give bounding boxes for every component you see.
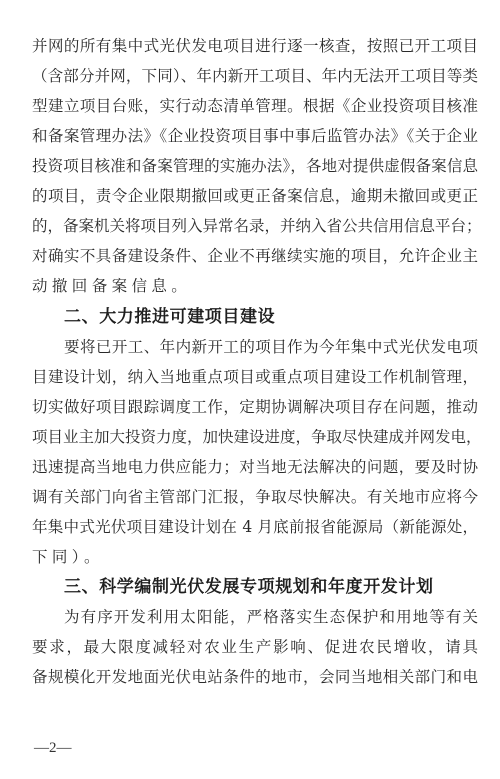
section-heading: 三、科学编制光伏发展专项规划和年度开发计划 xyxy=(64,572,434,602)
paragraph-line: 的项目，责令企业限期撤回或更正备案信息，逾期未撤回或更正 xyxy=(32,181,478,211)
paragraph-line: 型建立项目台账，实行动态清单管理。根据《企业投资项目核准 xyxy=(32,91,478,121)
paragraph-line: 年集中式光伏项目建设计划在 4 月底前报省能源局（新能源处， xyxy=(32,512,478,542)
paragraph-line: 并网的所有集中式光伏发电项目进行逐一核查，按照已开工项目 xyxy=(32,31,478,61)
paragraph-line: 和备案管理办法》《企业投资项目事中事后监管办法》《关于企业 xyxy=(32,121,478,151)
paragraph-line: 动撤回备案信息。 xyxy=(32,271,478,301)
paragraph-line: 迅速提高当地电力供应能力；对当地无法解决的问题，要及时协 xyxy=(32,452,478,482)
paragraph-line: 要求，最大限度减轻对农业生产影响、促进农民增收，请具 xyxy=(32,632,478,662)
paragraph-line: 的，备案机关将项目列入异常名录，并纳入省公共信用信息平台； xyxy=(32,211,478,241)
paragraph-line: 目建设计划，纳入当地重点项目或重点项目建设工作机制管理， xyxy=(32,362,478,392)
paragraph-line: 投资项目核准和备案管理的实施办法》，各地对提供虚假备案信息 xyxy=(32,151,478,181)
paragraph-line: 对确实不具备建设条件、企业不再继续实施的项目，允许企业主 xyxy=(32,241,478,271)
section-heading: 二、大力推进可建项目建设 xyxy=(64,302,275,332)
paragraph-line: 下同）。 xyxy=(32,542,478,572)
paragraph-line: 项目业主加大投资力度，加快建设进度，争取尽快建成并网发电， xyxy=(32,422,478,452)
paragraph-line: 要将已开工、年内新开工的项目作为今年集中式光伏发电项 xyxy=(64,332,478,362)
paragraph-line: 为有序开发利用太阳能，严格落实生态保护和用地等有关 xyxy=(64,602,478,632)
paragraph-line: （含部分并网，下同）、年内新开工项目、年内无法开工项目等类 xyxy=(32,61,478,91)
page-number: —2— xyxy=(34,736,72,760)
paragraph-line: 备规模化开发地面光伏电站条件的地市，会同当地相关部门和电 xyxy=(32,662,478,692)
paragraph-line: 切实做好项目跟踪调度工作，定期协调解决项目存在问题，推动 xyxy=(32,392,478,422)
paragraph-line: 调有关部门向省主管部门汇报，争取尽快解决。有关地市应将今 xyxy=(32,482,478,512)
